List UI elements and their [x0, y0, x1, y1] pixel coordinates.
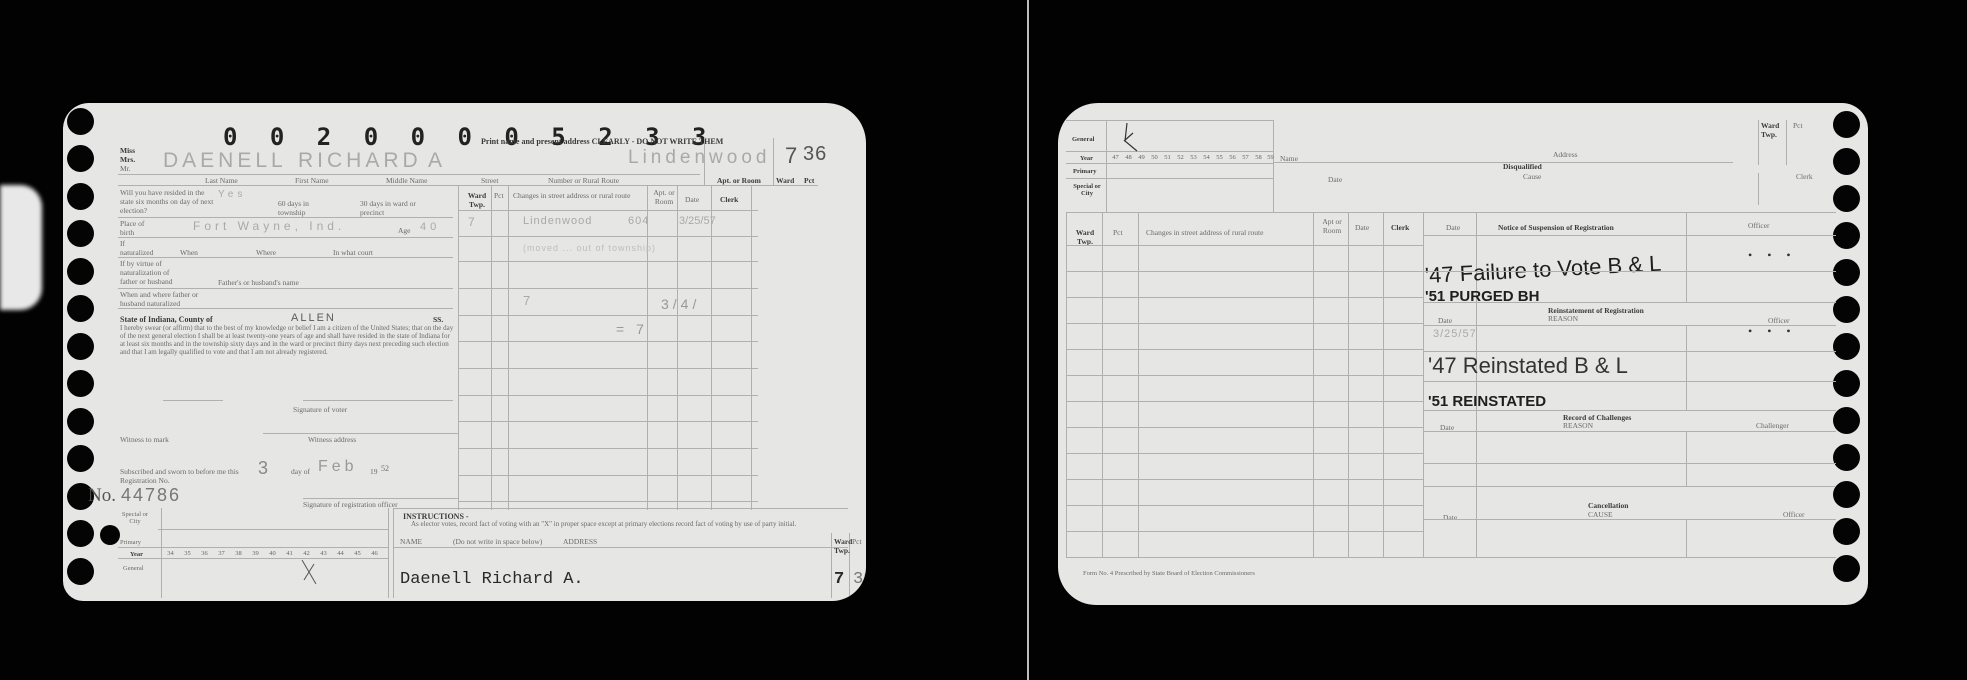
ward-value: 7	[785, 143, 798, 169]
punch-hole	[1833, 111, 1860, 138]
reinstatement-stamp-51: '51 REINSTATED	[1428, 393, 1546, 410]
punch-hole	[1833, 148, 1860, 175]
punch-hole	[1833, 333, 1860, 360]
reinstatement-date-label: Date	[1438, 316, 1452, 325]
suspension-officer-label: Officer	[1748, 221, 1770, 230]
last-name-value: DAENELL	[163, 149, 287, 173]
row-special-city: Special or City	[120, 511, 150, 525]
punch-hole	[1833, 185, 1860, 212]
middle-name-label: Middle Name	[386, 176, 427, 185]
row2-address: (moved ... out of township)	[523, 243, 656, 253]
punch-hole	[1833, 296, 1860, 323]
year-59: 59	[1263, 154, 1278, 161]
form-footer: Form No. 4 Prescribed by State Board of …	[1083, 569, 1255, 578]
ward-label: Ward	[776, 176, 794, 185]
birthplace-label: Place of birth	[120, 219, 160, 237]
col-date: Date	[685, 195, 699, 204]
header-instruction: Print name and present address CLEARLY -…	[481, 137, 723, 146]
row5-address: = 7	[616, 321, 648, 337]
pct-value: 36	[803, 143, 827, 166]
oath-state-label: State of Indiana, County of	[120, 315, 213, 324]
first-name-value: RICHARD	[298, 149, 422, 173]
year-38: 38	[231, 550, 246, 557]
row4-date: 3/4/	[661, 296, 700, 312]
month-value: Feb	[318, 458, 358, 476]
when-label: When	[180, 248, 198, 257]
punch-hole	[67, 258, 94, 285]
last-name-label: Last Name	[205, 176, 238, 185]
street-label: Street	[481, 176, 499, 185]
township-label: 60 days in township	[278, 199, 338, 217]
row1-address: Lindenwood	[523, 215, 592, 227]
year-46: 46	[367, 550, 382, 557]
challenges-challenger-label: Challenger	[1756, 421, 1789, 430]
oath-text: I hereby swear (or affirm) that to the b…	[120, 324, 455, 356]
reinstatement-date-value: 3/25/57	[1433, 328, 1477, 340]
punch-hole	[1833, 555, 1860, 582]
row4-address: 7	[523, 293, 534, 308]
birthplace-value: Fort Wayne, Ind.	[193, 219, 345, 233]
title-mrs: Mrs.	[120, 155, 135, 164]
punch-hole	[1833, 259, 1860, 286]
back-col-changes: Changes in street address of rural route	[1146, 228, 1263, 237]
cancellation-title: Cancellation	[1588, 501, 1628, 510]
voter-signature-label: Signature of voter	[293, 405, 347, 414]
disq-pct-label: Pct	[1793, 121, 1803, 130]
year-37: 37	[214, 550, 229, 557]
challenges-reason-label: REASON	[1563, 421, 1593, 430]
suspension-title: Notice of Suspension of Registration	[1498, 223, 1614, 232]
punch-hole	[67, 558, 94, 585]
back-row-special: Special or City	[1072, 183, 1102, 197]
where-label: Where	[256, 248, 276, 257]
punch-hole	[67, 295, 94, 322]
punch-hole	[67, 408, 94, 435]
back-col-apt: Apt or Room	[1318, 217, 1346, 235]
disq-cause-label: Cause	[1523, 172, 1541, 181]
age-value: 40	[420, 221, 440, 233]
punch-hole	[1833, 370, 1860, 397]
suspension-date-label: Date	[1446, 223, 1460, 232]
number-route-label: Number or Rural Route	[548, 176, 619, 185]
pct-label: Pct	[804, 176, 814, 185]
disq-ward-label: Ward Twp.	[1761, 121, 1785, 139]
col-ward-twp: Ward Twp.	[463, 191, 491, 209]
row-general: General	[123, 564, 144, 573]
officer-mark: • • •	[1748, 251, 1797, 260]
apt-room-label: Apt. or Room	[717, 176, 761, 185]
instructions-ward-label: Ward Twp.	[834, 537, 849, 555]
row-primary: Primary	[120, 538, 141, 547]
col-clerk: Clerk	[720, 195, 738, 204]
day-value: 3	[258, 458, 272, 479]
registration-symbol: No.	[88, 485, 116, 507]
row1-apt: 604	[628, 215, 649, 227]
punch-hole	[1833, 444, 1860, 471]
disq-title: Disqualified	[1503, 162, 1542, 171]
year-42: 42	[299, 550, 314, 557]
father-name-label: Father's or husband's name	[218, 278, 299, 287]
registration-no-label: Registration No.	[120, 476, 170, 485]
witness-label: Witness to mark	[120, 435, 169, 444]
year-45: 45	[350, 550, 365, 557]
punch-hole	[1833, 407, 1860, 434]
oath-ss: SS.	[433, 315, 443, 324]
back-row-primary: Primary	[1073, 167, 1096, 176]
punch-hole	[67, 220, 94, 247]
county-value: ALLEN	[291, 312, 336, 324]
punch-hole	[67, 108, 94, 135]
back-col-pct: Pct	[1113, 228, 1123, 237]
back-col-ward: Ward Twp.	[1070, 228, 1100, 246]
disq-date-label: Date	[1328, 175, 1342, 184]
father-naturalized-label: When and where father or husband natural…	[120, 290, 220, 308]
punch-hole	[67, 370, 94, 397]
name-label: NAME	[400, 537, 422, 546]
punch-hole	[1833, 481, 1860, 508]
punch-hole	[67, 145, 94, 172]
state-residency-answer: Yes	[218, 189, 246, 200]
cancellation-officer-label: Officer	[1783, 510, 1805, 519]
vote-x-mark-icon	[1121, 123, 1139, 153]
title-miss: Miss	[120, 146, 135, 155]
punch-hole	[67, 445, 94, 472]
typed-ward: 7	[834, 570, 844, 589]
typed-pct: 32	[853, 570, 866, 589]
year-35: 35	[180, 550, 195, 557]
punch-hole	[1833, 222, 1860, 249]
witness-address-label: Witness address	[308, 435, 356, 444]
age-label: Age	[398, 226, 411, 235]
year-44: 44	[333, 550, 348, 557]
instructions-pct-label: Pct	[852, 537, 862, 546]
year-41: 41	[282, 550, 297, 557]
col-apt: Apt. or Room	[652, 188, 676, 206]
year-value: 52	[381, 464, 389, 473]
year-34: 34	[163, 550, 178, 557]
court-label: In what court	[333, 248, 373, 257]
scan-divider	[1027, 0, 1029, 680]
instructions-text: As elector votes, record fact of voting …	[411, 520, 831, 528]
cancellation-date-label: Date	[1443, 513, 1457, 522]
year-36: 36	[197, 550, 212, 557]
vote-x-mark-icon	[299, 558, 319, 586]
registration-card-back: General Year Primary Special or City 47 …	[1058, 103, 1868, 605]
year-40: 40	[265, 550, 280, 557]
row1-date: 3/25/57	[679, 215, 716, 227]
disq-address-label: Address	[1553, 150, 1578, 159]
day-of-label: day of	[291, 467, 310, 476]
reinstatement-stamp-47: '47 Reinstated B & L	[1428, 353, 1628, 379]
punch-hole	[67, 520, 94, 547]
col-changes: Changes in street address or rural route	[513, 191, 643, 200]
street-value: Lindenwood	[628, 147, 770, 169]
adjacent-card-edge	[0, 185, 42, 310]
disq-clerk-label: Clerk	[1796, 172, 1813, 181]
naturalized-label: If naturalized	[120, 239, 160, 257]
punch-hole	[1833, 518, 1860, 545]
cancellation-cause-label: CAUSE	[1588, 510, 1613, 519]
back-row-general: General	[1072, 135, 1094, 144]
middle-name-value: A	[428, 149, 446, 173]
do-not-write-label: (Do not write in space below)	[453, 537, 542, 546]
officer-signature-label: Signature of registration officer	[303, 500, 398, 509]
year-prefix-label: 19	[370, 467, 378, 476]
first-name-label: First Name	[295, 176, 329, 185]
back-col-clerk: Clerk	[1391, 223, 1409, 232]
col-pct: Pct	[494, 191, 504, 200]
ward-precinct-label: 30 days in ward or precinct	[360, 199, 435, 217]
back-row-year: Year	[1080, 154, 1093, 163]
registration-card-front: 0 0 2 0 0 0 0 5 2 3 3 Print name and pre…	[63, 103, 866, 601]
suspension-stamp-47: '47 Failure to Vote B & L	[1424, 251, 1662, 289]
punch-hole-small	[100, 525, 120, 545]
back-col-date: Date	[1355, 223, 1369, 232]
officer-mark: • • •	[1748, 327, 1797, 336]
title-mr: Mr.	[120, 164, 131, 173]
subscribed-label: Subscribed and sworn to before me this	[120, 467, 239, 476]
reinstatement-reason-label: REASON	[1548, 314, 1578, 323]
virtue-label: If by virtue of naturalization of father…	[120, 259, 185, 286]
registration-number: 44786	[121, 485, 181, 506]
year-39: 39	[248, 550, 263, 557]
address-label: ADDRESS	[563, 537, 597, 546]
year-43: 43	[316, 550, 331, 557]
punch-hole	[67, 333, 94, 360]
typed-voter-name: Daenell Richard A.	[400, 570, 584, 589]
state-residency-question: Will you have resided in the state six m…	[120, 188, 215, 215]
row1-ward: 7	[468, 215, 476, 229]
punch-hole	[67, 183, 94, 210]
